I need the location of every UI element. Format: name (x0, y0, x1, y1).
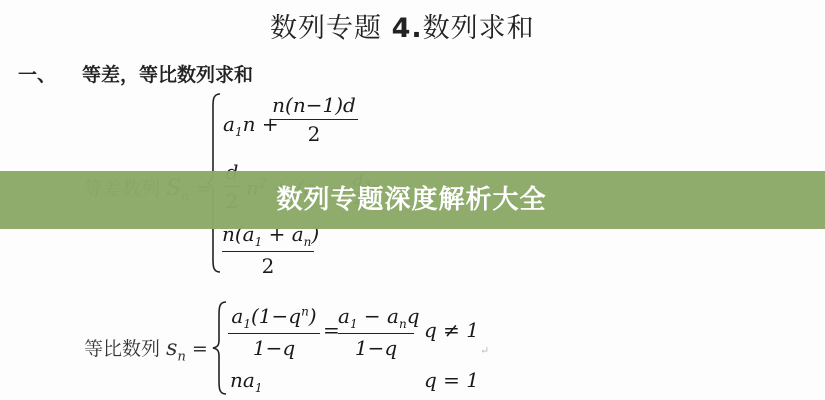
geom-case2-expr: na1 (230, 368, 262, 395)
fraction-denominator: 1−q (228, 336, 320, 360)
left-brace-icon (212, 300, 228, 396)
paragraph-mark-icon: ↵ (480, 344, 489, 357)
symbol-sub: n (177, 349, 186, 364)
section-index: 一、 (18, 60, 78, 87)
geom-case1-condition: q ≠ 1 (424, 318, 479, 342)
title-prefix: 数列专题 (270, 13, 392, 44)
fraction-denominator: 2 (222, 254, 314, 278)
geometric-label-text: 等比数列 (84, 338, 160, 360)
banner-title-text: 数列专题深度解析大全 (276, 185, 546, 215)
equals-sign: = (192, 338, 208, 360)
geom-case2-condition: q = 1 (424, 368, 479, 392)
geometric-symbol: sn (166, 336, 186, 361)
document-title: 数列专题 4.数列求和 (270, 6, 535, 45)
fraction-numerator: n(n−1)d (270, 93, 358, 117)
geom-case1-fraction-2: a1 − anq 1−q (338, 304, 414, 360)
section-title: 等差，等比数列求和 (82, 60, 253, 87)
fraction-denominator: 2 (270, 122, 358, 146)
fraction-bar (228, 333, 320, 334)
title-number: 4. (392, 13, 423, 44)
fraction-bar (270, 119, 358, 120)
arith-case3-fraction: n(a1 + an) 2 (222, 222, 314, 278)
fraction-bar (222, 251, 314, 252)
symbol-s: s (166, 336, 177, 361)
title-suffix: 数列求和 (423, 13, 535, 44)
arith-case1-fraction: n(n−1)d 2 (270, 93, 358, 146)
fraction-numerator: a1(1−qn) (228, 304, 320, 331)
fraction-denominator: 1−q (338, 336, 414, 360)
fraction-bar (338, 333, 414, 334)
banner-title: 数列专题深度解析大全 (0, 171, 825, 229)
fraction-numerator: a1 − anq (338, 304, 414, 331)
geom-case1-fraction-1: a1(1−qn) 1−q (228, 304, 320, 360)
geometric-label: 等比数列 sn = (84, 334, 208, 364)
